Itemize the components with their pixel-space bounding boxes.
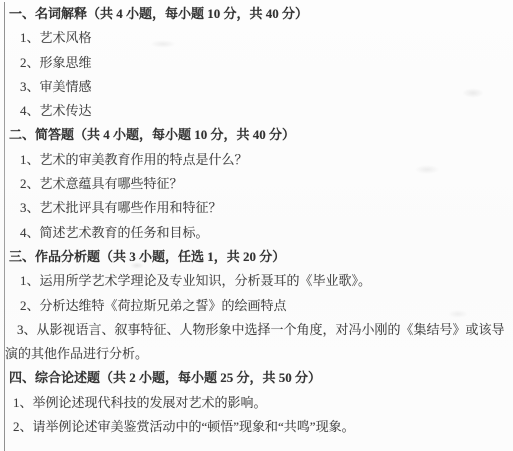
- section-1-item-3: 3、审美情感: [0, 75, 513, 99]
- section-4-heading: 四、综合论述题（共 2 小题，每小题 25 分，共 50 分）: [0, 366, 513, 390]
- section-1-item-1: 1、艺术风格: [0, 26, 513, 50]
- section-3-heading: 三、作品分析题（共 3 小题，任选 1，共 20 分）: [0, 245, 513, 269]
- section-2-heading: 二、简答题（共 4 小题，每小题 10 分，共 40 分）: [0, 123, 513, 147]
- exam-content: 一、名词解释（共 4 小题，每小题 10 分，共 40 分） 1、艺术风格 2、…: [0, 2, 513, 439]
- section-4-item-1: 1、举例论述现代科技的发展对艺术的影响。: [0, 391, 513, 415]
- section-3-item-2: 2、分析达维特《荷拉斯兄弟之誓》的绘画特点: [0, 294, 513, 318]
- section-1-heading: 一、名词解释（共 4 小题，每小题 10 分，共 40 分）: [0, 2, 513, 26]
- section-3-item-1: 1、运用所学艺术学理论及专业知识，分析聂耳的《毕业歌》。: [0, 269, 513, 293]
- section-2-item-3: 3、艺术批评具有哪些作用和特征？: [0, 196, 513, 220]
- exam-paper-page: 一、名词解释（共 4 小题，每小题 10 分，共 40 分） 1、艺术风格 2、…: [0, 0, 513, 451]
- section-2-item-2: 2、艺术意蕴具有哪些特征？: [0, 172, 513, 196]
- section-2-item-1: 1、艺术的审美教育作用的特点是什么？: [0, 148, 513, 172]
- section-1-item-2: 2、形象思维: [0, 51, 513, 75]
- section-1-item-4: 4、艺术传达: [0, 99, 513, 123]
- section-2-item-4: 4、简述艺术教育的任务和目标。: [0, 221, 513, 245]
- section-4-item-2: 2、请举例论述审美鉴赏活动中的“顿悟”现象和“共鸣”现象。: [0, 415, 513, 439]
- section-3-item-3: 3、从影视语言、叙事特征、人物形象中选择一个角度，对冯小刚的《集结号》或该导演的…: [0, 318, 513, 367]
